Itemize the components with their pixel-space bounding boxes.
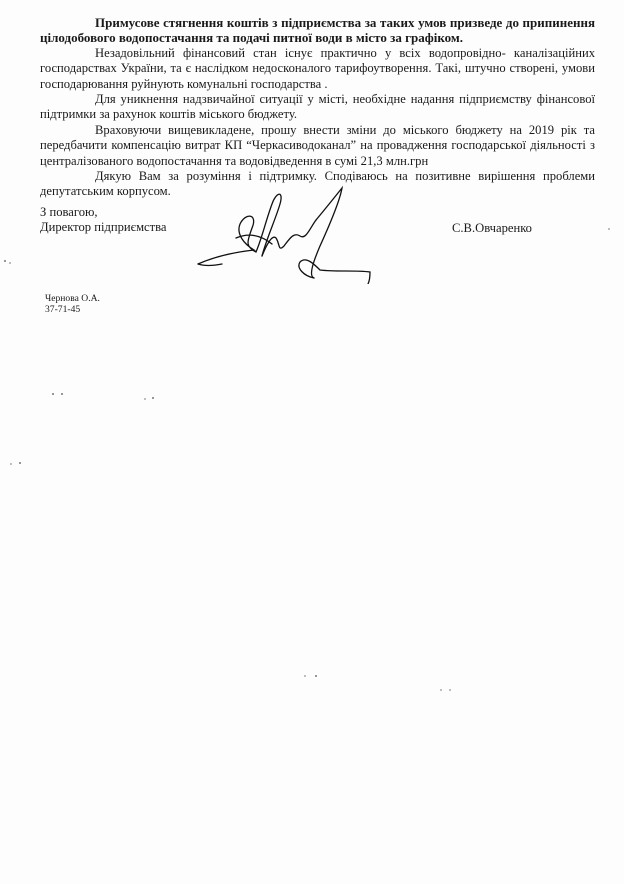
scan-speck: [144, 398, 146, 400]
scan-speck: [315, 675, 317, 677]
scan-speck: [52, 393, 54, 395]
scan-speck: [608, 228, 610, 230]
document-page: Примусове стягнення коштів з підприємств…: [0, 0, 624, 884]
letter-body: Примусове стягнення коштів з підприємств…: [40, 15, 595, 200]
scan-speck: [9, 262, 11, 264]
contact-phone: 37-71-45: [45, 304, 100, 315]
scan-speck: [10, 463, 12, 465]
salutation: З повагою,: [40, 205, 167, 220]
paragraph-financial-state: Незадовільний фінансовий стан існує прак…: [40, 46, 595, 92]
closing-block: З повагою, Директор підприємства: [40, 205, 167, 235]
scan-speck: [449, 689, 451, 691]
contact-block: Чернова О.А. 37-71-45: [45, 293, 100, 315]
scan-speck: [440, 689, 442, 691]
paragraph-emergency: Для уникнення надзвичайної ситуації у мі…: [40, 92, 595, 123]
signatory-name: С.В.Овчаренко: [452, 221, 532, 236]
paragraph-request: Враховуючи вищевикладене, прошу внести з…: [40, 123, 595, 169]
handwritten-signature-icon: [196, 184, 371, 284]
signatory-position: Директор підприємства: [40, 220, 167, 235]
scan-speck: [4, 260, 6, 262]
paragraph-warning: Примусове стягнення коштів з підприємств…: [40, 15, 595, 46]
scan-speck: [152, 397, 154, 399]
scan-speck: [61, 393, 63, 395]
scan-speck: [19, 462, 21, 464]
scan-speck: [304, 675, 306, 677]
contact-name: Чернова О.А.: [45, 293, 100, 304]
